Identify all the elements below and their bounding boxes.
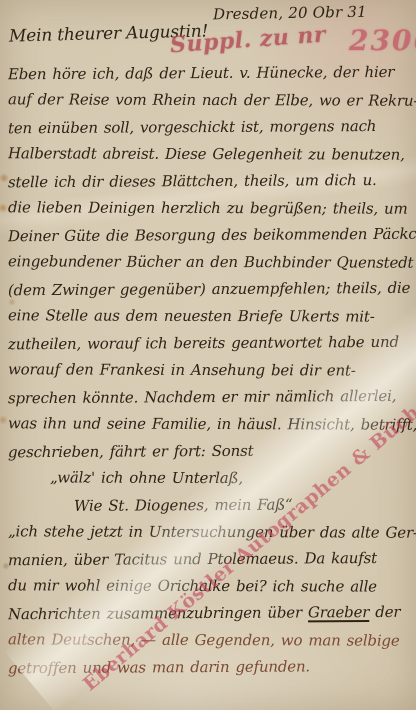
handwriting-line: ten einüben soll, vorgeschickt ist, morg… xyxy=(8,113,416,142)
handwriting-line: stelle ich dir dieses Blättchen, theils,… xyxy=(8,167,416,196)
line-segment: eingebundener Bücher an den Buchbinder Q… xyxy=(8,252,413,271)
handwriting-line: sprechen könnte. Nachdem er mir nämlich … xyxy=(8,383,416,412)
handwriting-line: „wälz' ich ohne Unterlaß, xyxy=(8,464,416,492)
line-segment: Halberstadt abreist. Diese Gelegenheit z… xyxy=(8,144,405,163)
handwriting-line: geschrieben, fährt er fort: Sonst xyxy=(8,437,416,466)
line-segment: manien, über Tacitus und Ptolemaeus. Da … xyxy=(8,549,377,569)
underlined-word: Graeber xyxy=(308,603,369,621)
line-segment: worauf den Frankesi in Ansehung bei dir … xyxy=(8,360,356,379)
line-segment: Deiner Güte die Besorgung des beikommend… xyxy=(8,225,416,246)
handwriting-line: worauf den Frankesi in Ansehung bei dir … xyxy=(8,356,416,384)
handwriting-line: „ich stehe jetzt in Untersuchungen über … xyxy=(8,518,416,546)
handwriting-line: die lieben Deinigen herzlich zu begrüßen… xyxy=(8,194,416,222)
line-segment: Wie St. Diogenes, mein Faß“ xyxy=(74,496,293,515)
handwriting-line: Nachrichten zusammenzubringen über Graeb… xyxy=(8,599,416,628)
handwriting-line: Halberstadt abreist. Diese Gelegenheit z… xyxy=(8,140,416,168)
line-segment: alten Deutschen, — alle Gegenden, wo man… xyxy=(8,630,400,649)
line-segment: „wälz' ich ohne Unterlaß, xyxy=(50,468,243,487)
line-segment: geschrieben, fährt er fort: Sonst xyxy=(8,442,253,461)
line-segment: auf der Reise vom Rhein nach der Elbe, w… xyxy=(8,90,416,109)
catalog-number-stamp: 2306 xyxy=(349,24,416,57)
letter-lines: Eben höre ich, daß der Lieut. v. Hünecke… xyxy=(8,60,416,710)
handwriting-line: getroffen und was man darin gefunden. xyxy=(8,653,416,682)
line-segment: Eben höre ich, daß der Lieut. v. Hünecke… xyxy=(8,63,394,83)
handwriting-line: eingebundener Bücher an den Buchbinder Q… xyxy=(8,248,416,276)
line-segment: (dem Zwinger gegenüber) anzuempfehlen; t… xyxy=(8,279,410,299)
handwriting-line: Deiner Güte die Besorgung des beikommend… xyxy=(8,221,416,250)
handwriting-line: eine Stelle aus dem neuesten Briefe Uker… xyxy=(8,302,416,330)
handwriting-line: auf der Reise vom Rhein nach der Elbe, w… xyxy=(8,86,416,114)
letter-page: Dresden, 20 Obr 31 Mein theurer Augustin… xyxy=(0,0,416,710)
line-segment: stelle ich dir dieses Blättchen, theils,… xyxy=(8,171,377,191)
line-segment: was ihn und seine Familie, in häusl. Hin… xyxy=(8,414,416,433)
line-segment: zutheilen, worauf ich bereits geantworte… xyxy=(8,333,399,353)
line-segment: Nachrichten zusammenzubringen über xyxy=(8,603,308,623)
handwriting-line: zutheilen, worauf ich bereits geantworte… xyxy=(8,329,416,358)
line-segment: sprechen könnte. Nachdem er mir nämlich … xyxy=(8,387,396,407)
handwriting-line: alten Deutschen, — alle Gegenden, wo man… xyxy=(8,626,416,654)
line-segment: du mir wohl einige Orichalke bei? ich su… xyxy=(8,576,377,595)
handwriting-line: Eben höre ich, daß der Lieut. v. Hünecke… xyxy=(8,60,416,88)
line-segment: ten einüben soll, vorgeschickt ist, morg… xyxy=(8,117,376,137)
line-segment: „ich stehe jetzt in Untersuchungen über … xyxy=(8,522,416,541)
line-segment: eine Stelle aus dem neuesten Briefe Uker… xyxy=(8,306,375,325)
line-segment: der xyxy=(369,603,400,621)
handwriting-line: Wie St. Diogenes, mein Faß“ xyxy=(8,491,416,520)
handwriting-line: was ihn und seine Familie, in häusl. Hin… xyxy=(8,410,416,438)
handwriting-line: manien, über Tacitus und Ptolemaeus. Da … xyxy=(8,545,416,574)
handwriting-line: (dem Zwinger gegenüber) anzuempfehlen; t… xyxy=(8,275,416,304)
line-segment: die lieben Deinigen herzlich zu begrüßen… xyxy=(8,198,408,217)
line-segment: getroffen und was man darin gefunden. xyxy=(8,657,310,677)
handwriting-line: du mir wohl einige Orichalke bei? ich su… xyxy=(8,572,416,600)
date-line: Dresden, 20 Obr 31 xyxy=(213,3,367,24)
